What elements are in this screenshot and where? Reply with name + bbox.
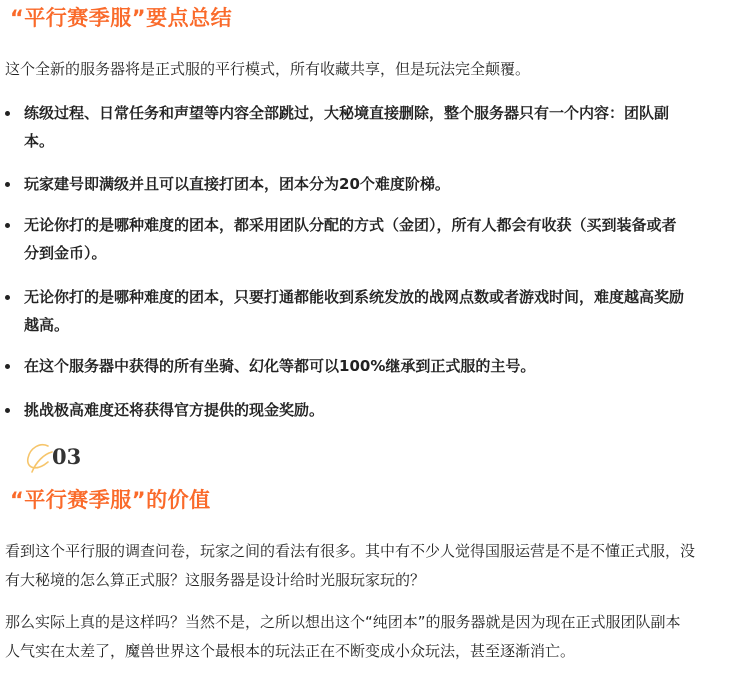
list-item: 在这个服务器中获得的所有坐骑、幻化等都可以100%继承到正式服的主号。	[24, 352, 688, 380]
body-paragraph: 那么实际上真的是这样吗？当然不是，之所以想出这个“纯团本”的服务器就是因为现在正…	[5, 608, 695, 666]
list-item: 无论你打的是哪种难度的团本，都采用团队分配的方式（金团），所有人都会有收获（买到…	[24, 211, 688, 267]
section-heading-summary: “平行赛季服”要点总结	[10, 4, 232, 32]
section-number: 03	[52, 444, 81, 469]
list-item-text: 挑战极高难度还将获得官方提供的现金奖励。	[24, 401, 324, 419]
list-item-text: 在这个服务器中获得的所有坐骑、幻化等都可以100%继承到正式服的主号。	[24, 357, 535, 375]
section-number-badge: 03	[22, 442, 92, 476]
intro-paragraph: 这个全新的服务器将是正式服的平行模式，所有收藏共享，但是玩法完全颠覆。	[5, 55, 695, 84]
bullet-icon	[5, 295, 10, 300]
list-item: 玩家建号即满级并且可以直接打团本，团本分为20个难度阶梯。	[24, 170, 688, 198]
list-item: 无论你打的是哪种难度的团本，只要打通都能收到系统发放的战网点数或者游戏时间，难度…	[24, 283, 688, 339]
list-item-text: 玩家建号即满级并且可以直接打团本，团本分为20个难度阶梯。	[24, 175, 450, 193]
list-item-text: 练级过程、日常任务和声望等内容全部跳过，大秘境直接删除，整个服务器只有一个内容：…	[24, 104, 669, 150]
body-paragraph: 看到这个平行服的调查问卷，玩家之间的看法有很多。其中有不少人觉得国服运营是不是不…	[5, 537, 695, 595]
list-item-text: 无论你打的是哪种难度的团本，只要打通都能收到系统发放的战网点数或者游戏时间，难度…	[24, 288, 684, 334]
bullet-icon	[5, 223, 10, 228]
bullet-icon	[5, 111, 10, 116]
section-heading-value: “平行赛季服”的价值	[10, 486, 211, 514]
bullet-icon	[5, 182, 10, 187]
bullet-icon	[5, 408, 10, 413]
list-item: 练级过程、日常任务和声望等内容全部跳过，大秘境直接删除，整个服务器只有一个内容：…	[24, 99, 688, 155]
list-item-text: 无论你打的是哪种难度的团本，都采用团队分配的方式（金团），所有人都会有收获（买到…	[24, 216, 677, 262]
list-item: 挑战极高难度还将获得官方提供的现金奖励。	[24, 396, 688, 424]
bullet-icon	[5, 364, 10, 369]
